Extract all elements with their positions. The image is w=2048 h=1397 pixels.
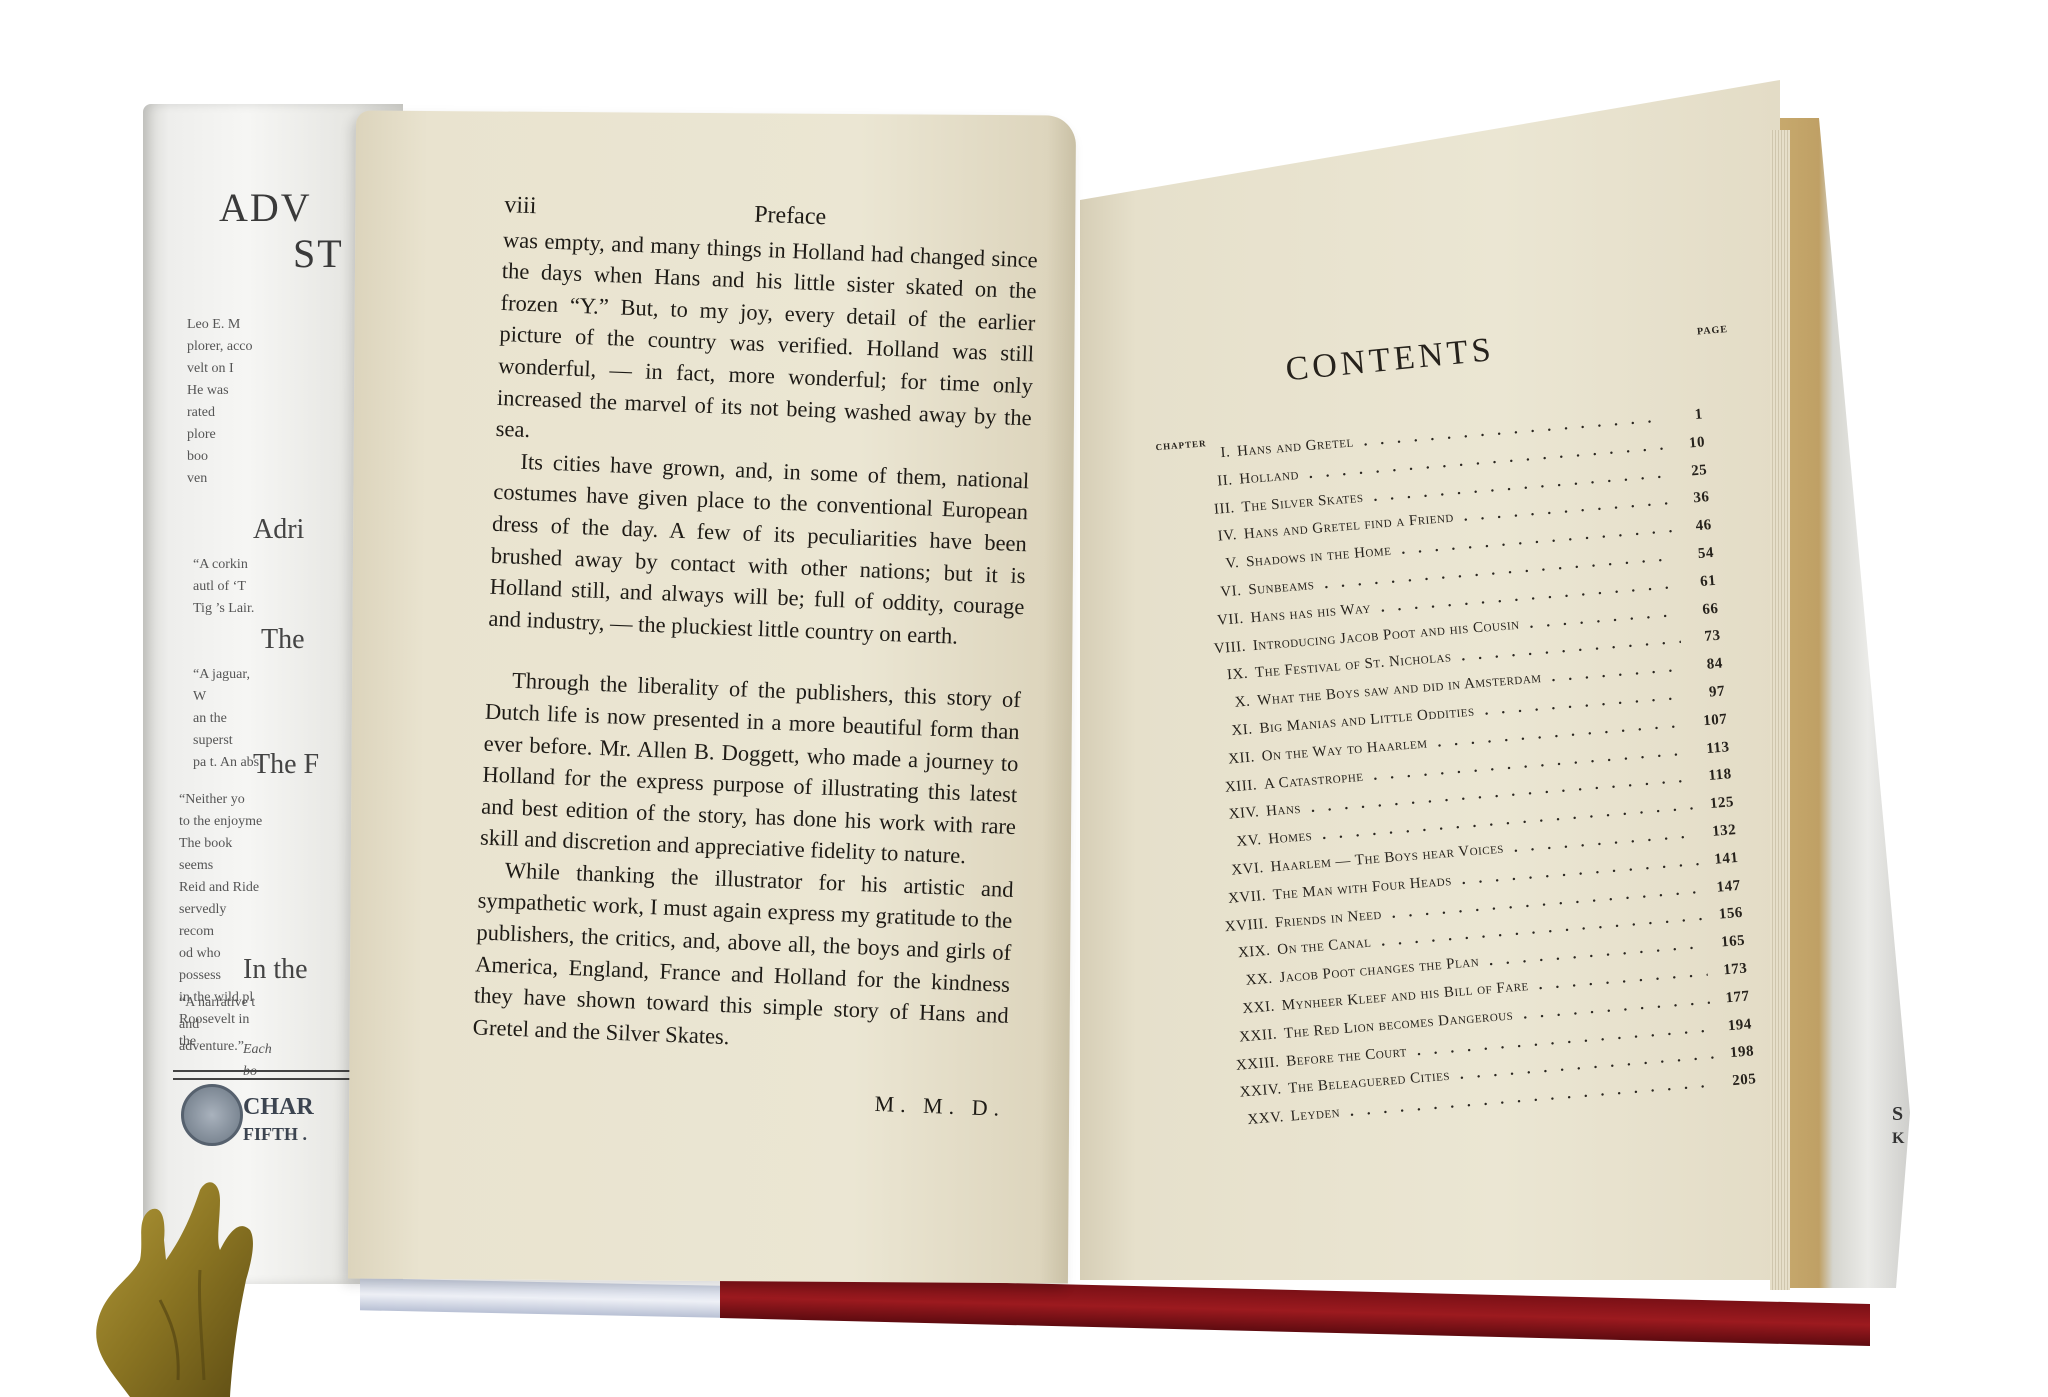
quote-line: Reid and Ride (179, 877, 264, 899)
paragraph: Its cities have grown, and, in some of t… (488, 445, 1030, 655)
chapter-page: 132 (1696, 822, 1737, 842)
chapter-page: 61 (1676, 573, 1717, 593)
blurb-line: rated (187, 402, 262, 424)
page-block-edges (1770, 130, 1790, 1290)
chapter-page: 177 (1709, 988, 1750, 1008)
chapter-page: 165 (1705, 933, 1746, 953)
chapter-page: 66 (1678, 600, 1719, 620)
blurb-line: boo (187, 446, 262, 468)
publisher-name: CHAR (243, 1094, 314, 1121)
jacket-blurb: Leo E. M plorer, acco velt on I He was r… (187, 314, 262, 490)
dust-jacket-right-edge: S K (1770, 118, 1910, 1288)
chapter-page: 113 (1689, 739, 1730, 759)
jacket-edge-text: K (1892, 1130, 1904, 1148)
chapter-page: 198 (1713, 1044, 1754, 1064)
blurb-line: ven (187, 468, 262, 490)
chapter-title: Leyden (1290, 1105, 1341, 1126)
blurb-line: velt on I (187, 358, 262, 380)
chapter-page: 156 (1702, 905, 1743, 925)
publisher-address: FIFTH . (243, 1124, 307, 1145)
publisher-seal-icon (181, 1084, 243, 1146)
chapter-page: 10 (1664, 434, 1705, 454)
chapter-page: 46 (1671, 517, 1712, 537)
blurb-line: Leo E. M (187, 314, 262, 336)
chapter-page: 97 (1685, 683, 1726, 703)
chapter-page: 1 (1662, 406, 1703, 426)
chapter-page: 173 (1707, 960, 1748, 980)
quote-line: autl of ‘T (193, 576, 263, 598)
quote-line: an the superst (193, 708, 263, 752)
chapter-page: 141 (1698, 850, 1739, 870)
quote-line: “A corkin (193, 554, 263, 576)
quote-line: “A narrative t (179, 992, 264, 1014)
running-title: Preface (754, 200, 827, 234)
chapter-page: 205 (1716, 1071, 1757, 1091)
quote-line: “Neither yo (179, 789, 264, 811)
chapter-page: 25 (1667, 462, 1708, 482)
chapter-page: 147 (1700, 877, 1741, 897)
red-book-cover (720, 1276, 1870, 1346)
quote-line: The book seems (179, 833, 264, 877)
quote-line: “A jaguar, W (193, 664, 263, 708)
chapter-page: 73 (1680, 628, 1721, 648)
chapter-title: Holland (1239, 467, 1300, 489)
preface-text: viii Preface was empty, and many things … (470, 190, 1040, 1125)
quote-line: servedly recom (179, 899, 264, 943)
blurb-line: plorer, acco (187, 336, 262, 358)
jacket-footer-note: Each bo (243, 1039, 283, 1083)
jacket-quote: “A corkin autl of ‘T Tig ’s Lair. (193, 554, 263, 620)
chapter-page: 84 (1682, 656, 1723, 676)
dust-jacket-bottom (360, 1278, 720, 1318)
quote-line: Tig ’s Lair. (193, 598, 263, 620)
toc-list: I.Hans and Gretel.......................… (1164, 406, 1758, 1142)
paragraph: While thanking the illustrator for his a… (472, 853, 1014, 1063)
brass-hand-bookend-icon (70, 1180, 280, 1397)
chapter-page: 107 (1687, 711, 1728, 731)
paragraph: was empty, and many things in Holland ha… (495, 224, 1038, 466)
chapter-page: 54 (1673, 545, 1714, 565)
quote-line: to the enjoyme (179, 811, 264, 833)
paragraph: Through the liberality of the publishers… (480, 664, 1022, 874)
chapter-page: 36 (1669, 489, 1710, 509)
chapter-page: 125 (1693, 794, 1734, 814)
chapter-page: 194 (1711, 1016, 1752, 1036)
jacket-edge-text: S (1892, 1103, 1903, 1126)
blurb-line: plore (187, 424, 262, 446)
chapter-page: 118 (1691, 767, 1732, 787)
blurb-line: He was (187, 380, 262, 402)
chapter-title: Homes (1268, 828, 1313, 848)
chapter-title: Hans (1266, 801, 1302, 821)
